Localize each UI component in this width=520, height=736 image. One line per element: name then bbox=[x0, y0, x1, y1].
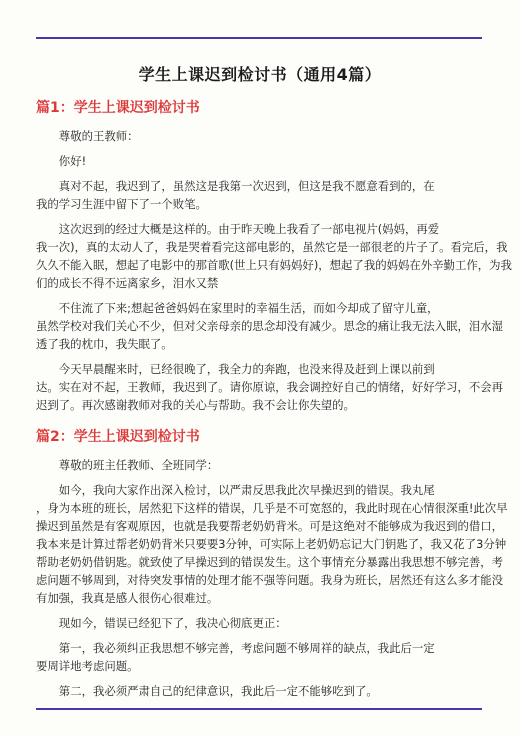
section-1-paragraph-promise: 今天早晨醒来时，已经很晚了，我全力的奔跑，也没来得及赶到上课以前到 达。实在对不… bbox=[36, 360, 514, 414]
section-2-paragraph-resolution-intro: 现如今，错误已经犯下了，我决心彻底更正： bbox=[36, 614, 514, 632]
section-1-paragraph-feelings: 不住流了下来;想起爸爸妈妈在家里时的幸福生活，而如今却成了留守儿童， 虽然学校对… bbox=[36, 299, 514, 353]
section-1-heading: 篇1：学生上课迟到检讨书 bbox=[36, 100, 514, 116]
document-page: 学生上课迟到检讨书（通用4篇） 篇1：学生上课迟到检讨书 尊敬的王教师： 你好!… bbox=[0, 0, 520, 736]
bottom-divider bbox=[36, 708, 482, 710]
section-1-paragraph-greeting: 你好! bbox=[36, 152, 514, 170]
section-1-paragraph-story: 这次迟到的经过大概是这样的。由于昨天晚上我看了一部电视片(妈妈，再爱 我一次)，… bbox=[36, 220, 514, 292]
section-2-paragraph-salutation: 尊敬的班主任教师、全班同学： bbox=[36, 456, 514, 474]
section-2-paragraph-resolution-second: 第二，我必须严肃自己的纪律意识，我此后一定不能够吃到了。 bbox=[36, 682, 514, 700]
document-title: 学生上课迟到检讨书（通用4篇） bbox=[0, 64, 520, 85]
top-divider bbox=[36, 37, 482, 39]
section-2-paragraph-resolution-first: 第一，我必须纠正我思想不够完善，考虑问题不够周祥的缺点，我此后一定 要周详地考虑… bbox=[36, 639, 514, 675]
section-2-paragraph-review: 如今，我向大家作出深入检讨，以严肃反思我此次早操迟到的错误。我丸尾 ，身为本班的… bbox=[36, 481, 514, 607]
section-1-paragraph-apology: 真对不起，我迟到了，虽然这是我第一次迟到，但这是我不愿意看到的，在 我的学习生涯… bbox=[36, 177, 514, 213]
section-1-paragraph-salutation: 尊敬的王教师： bbox=[36, 127, 514, 145]
section-2-heading: 篇2：学生上课迟到检讨书 bbox=[36, 429, 514, 445]
document-body: 篇1：学生上课迟到检讨书 尊敬的王教师： 你好! 真对不起，我迟到了，虽然这是我… bbox=[36, 100, 514, 700]
